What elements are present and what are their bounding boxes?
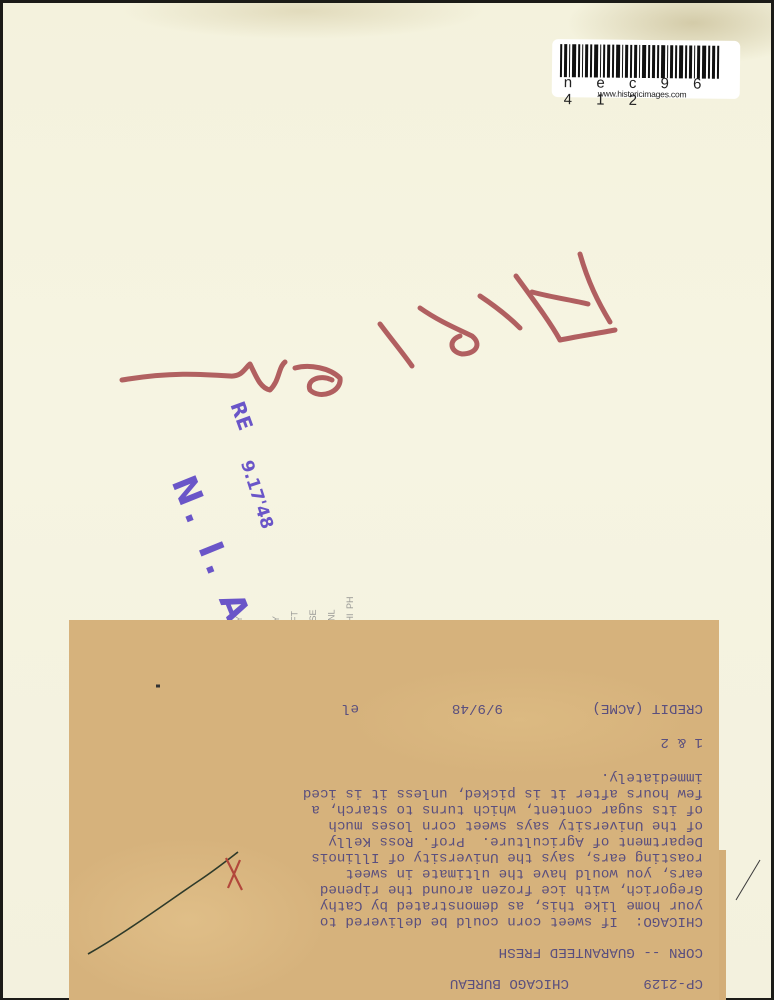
caption-headline: CORN -- GUARANTEED FRESH — [499, 943, 703, 959]
caption-body-line: immediately. — [601, 768, 703, 784]
red-crayon-handwriting — [110, 240, 760, 410]
caption-text-upside-down: CP-2129 CHICAGO BUREAU CORN -- GUARANTEE… — [69, 620, 719, 1000]
caption-body-line: roasting ears, says the University of Il… — [311, 848, 703, 864]
caption-body-line: of its sugar content, which turns to sta… — [311, 800, 703, 816]
caption-body-line: few hours after it is picked, unless it … — [303, 784, 703, 800]
caption-date: 9/9/48 — [452, 699, 503, 715]
caption-bureau-code: CP-2129 — [643, 974, 703, 990]
faint-stamp-line: PH — [346, 597, 362, 610]
barcode-label: n e c 9 6 4 1 2 www.historicimages.com — [552, 39, 741, 99]
caption-body-line: ears, you would have the ultimate in swe… — [345, 864, 703, 880]
caption-body-line: CHICAGO: If sweet corn could be delivere… — [320, 912, 703, 928]
caption-body-line: Department of Agriculture. Prof. Ross Ke… — [328, 832, 703, 848]
caption-typist-initials: el — [342, 699, 359, 715]
caption-credit: CREDIT (ACME) — [592, 699, 703, 715]
barcode-url: www.historicimages.com — [598, 88, 687, 99]
caption-body-line: of the University says sweet corn loses … — [328, 816, 703, 832]
caption-bureau-name: CHICAGO BUREAU — [450, 974, 569, 990]
caption-body-line: your home like this, as demonstrated by … — [320, 896, 703, 912]
typed-caption-slip: CP-2129 CHICAGO BUREAU CORN -- GUARANTEE… — [69, 620, 719, 1000]
caption-photo-count: 1 & 2 — [660, 733, 703, 749]
caption-body-line: Gregorich, with ice frozen around the ri… — [320, 880, 703, 896]
